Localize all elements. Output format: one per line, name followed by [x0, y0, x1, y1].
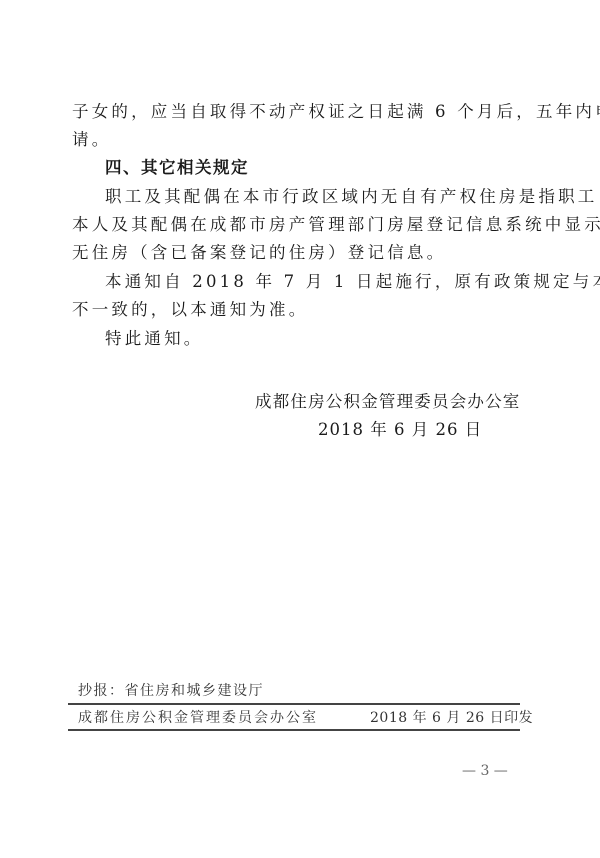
page-number: — 3 —: [462, 763, 508, 779]
footer-top-rule: [68, 703, 520, 705]
cc-line: 抄报：省住房和城乡建设厅: [78, 680, 264, 700]
paragraph1-line-1: 职工及其配偶在本市行政区域内无自有产权住房是指职工: [105, 187, 565, 207]
paragraph2-line-1: 本通知自 2018 年 7 月 1 日起施行，原有政策规定与本通知: [105, 272, 565, 292]
paragraph1-line-3: 无住房（含已备案登记的住房）登记信息。: [72, 243, 532, 263]
footer-issuer: 成都住房公积金管理委员会办公室: [78, 707, 318, 727]
section-heading: 四、其它相关规定: [105, 158, 565, 178]
paragraph1-line-2: 本人及其配偶在成都市房产管理部门房屋登记信息系统中显示: [72, 215, 532, 235]
footer-bottom-rule: [68, 729, 520, 731]
footer-print-date: 2018 年 6 月 26 日印发: [370, 707, 533, 727]
signature-date: 2018 年 6 月 26 日: [318, 420, 482, 440]
continuation-line-1: 子女的，应当自取得不动产权证之日起满 6 个月后，五年内申: [72, 102, 532, 122]
closing-line: 特此通知。: [105, 329, 565, 349]
paragraph2-line-2: 不一致的，以本通知为准。: [72, 300, 532, 320]
continuation-line-2: 请。: [72, 130, 532, 150]
signature-issuer: 成都住房公积金管理委员会办公室: [255, 392, 521, 412]
